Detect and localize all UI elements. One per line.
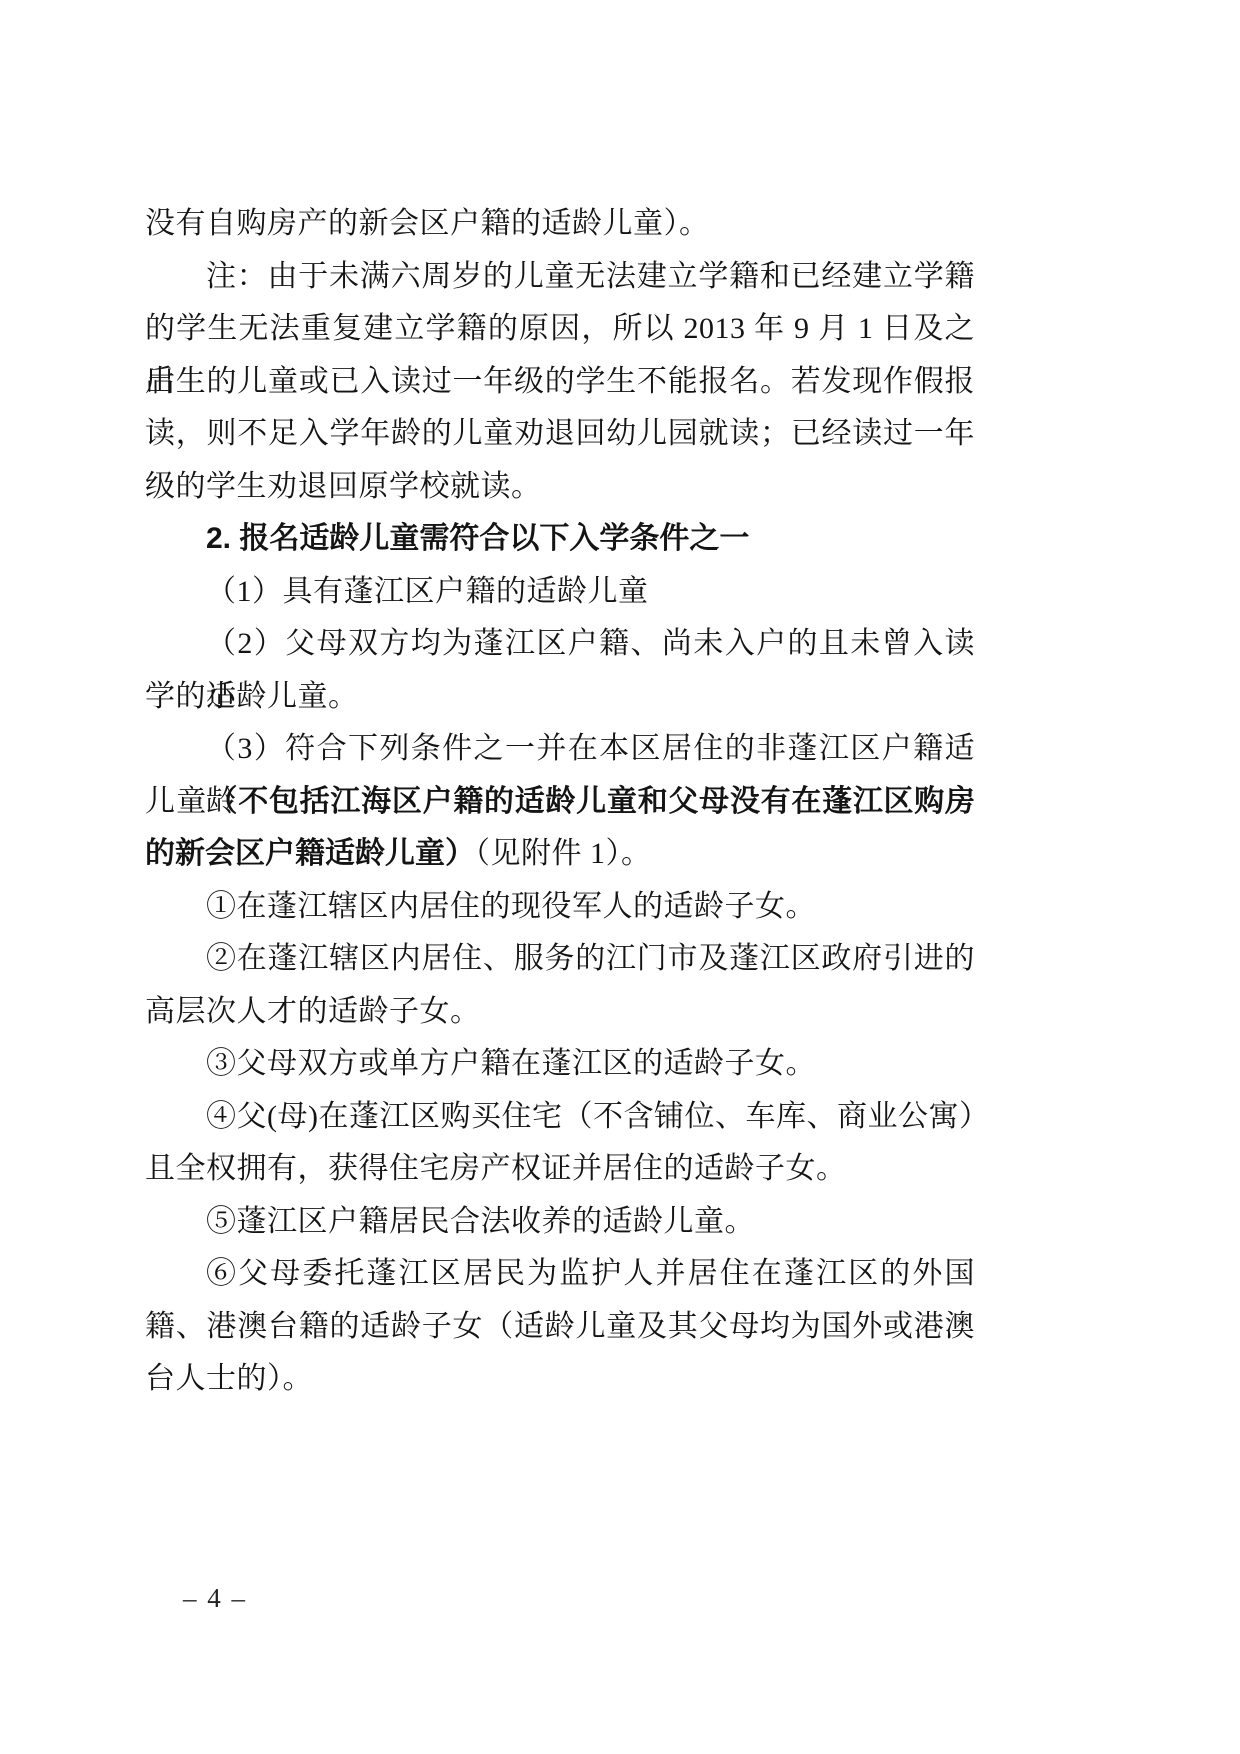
text-line: ③父母双方或单方户籍在蓬江区的适龄子女。 [145, 1038, 975, 1091]
document-body: 没有自购房产的新会区户籍的适龄儿童）。注：由于未满六周岁的儿童无法建立学籍和已经… [145, 198, 975, 1406]
text-segment: 没有自购房产的新会区户籍的适龄儿童）。 [145, 207, 710, 240]
text-segment: 籍、港澳台籍的适龄子女（适龄儿童及其父母均为国外或港澳 [145, 1310, 975, 1343]
text-segment: ⑤蓬江区户籍居民合法收养的适龄儿童。 [206, 1205, 755, 1238]
text-line: 高层次人才的适龄子女。 [145, 986, 975, 1039]
text-segment: 级的学生劝退回原学校就读。 [145, 470, 542, 503]
text-segment: ③父母双方或单方户籍在蓬江区的适龄子女。 [206, 1047, 816, 1080]
bold-text-segment: 2. 报名适龄儿童需符合以下入学条件之一 [206, 522, 749, 555]
text-segment: 台人士的）。 [145, 1362, 313, 1395]
text-segment: 且全权拥有，获得住宅房产权证并居住的适龄子女。 [145, 1152, 847, 1185]
text-line: 儿童（不包括江海区户籍的适龄儿童和父母没有在蓬江区购房 [145, 776, 975, 829]
text-line: 学的适龄儿童。 [145, 671, 975, 724]
text-line: 出生的儿童或已入读过一年级的学生不能报名。若发现作假报 [145, 356, 975, 409]
text-line: 且全权拥有，获得住宅房产权证并居住的适龄子女。 [145, 1143, 975, 1196]
text-segment: ④父(母)在蓬江区购买住宅（不含铺位、车库、商业公寓） [206, 1100, 989, 1133]
text-line: ②在蓬江辖区内居住、服务的江门市及蓬江区政府引进的 [145, 933, 975, 986]
text-line: 读，则不足入学年龄的儿童劝退回幼儿园就读；已经读过一年 [145, 408, 975, 461]
text-segment: ⑥父母委托蓬江区居民为监护人并居住在蓬江区的外国 [206, 1257, 975, 1290]
text-line: 2. 报名适龄儿童需符合以下入学条件之一 [145, 513, 975, 566]
text-segment: 读，则不足入学年龄的儿童劝退回幼儿园就读；已经读过一年 [145, 417, 975, 450]
text-line: （1）具有蓬江区户籍的适龄儿童 [145, 566, 975, 619]
text-segment: ②在蓬江辖区内居住、服务的江门市及蓬江区政府引进的 [206, 942, 975, 975]
text-segment: （1）具有蓬江区户籍的适龄儿童 [206, 575, 649, 608]
text-line: ①在蓬江辖区内居住的现役军人的适龄子女。 [145, 881, 975, 934]
bold-text-segment: （不包括江海区户籍的适龄儿童和父母没有在蓬江区购房 [207, 785, 975, 818]
text-segment: 学的适龄儿童。 [145, 680, 359, 713]
page-number: – 4 – [183, 1578, 247, 1618]
text-segment: 儿童 [145, 785, 207, 818]
text-line: ⑥父母委托蓬江区居民为监护人并居住在蓬江区的外国 [145, 1248, 975, 1301]
bold-text-segment: 的新会区户籍适龄儿童） [145, 837, 475, 870]
text-segment: 注：由于未满六周岁的儿童无法建立学籍和已经建立学籍 [206, 260, 975, 293]
text-segment: 出生的儿童或已入读过一年级的学生不能报名。若发现作假报 [145, 365, 975, 398]
text-line: 籍、港澳台籍的适龄子女（适龄儿童及其父母均为国外或港澳 [145, 1301, 975, 1354]
text-line: ⑤蓬江区户籍居民合法收养的适龄儿童。 [145, 1196, 975, 1249]
text-line: 的学生无法重复建立学籍的原因，所以 2013 年 9 月 1 日及之后 [145, 303, 975, 356]
text-line: 台人士的）。 [145, 1353, 975, 1406]
text-segment: ①在蓬江辖区内居住的现役军人的适龄子女。 [206, 890, 816, 923]
text-line: ④父(母)在蓬江区购买住宅（不含铺位、车库、商业公寓） [145, 1091, 975, 1144]
text-line: 没有自购房产的新会区户籍的适龄儿童）。 [145, 198, 975, 251]
text-line: 注：由于未满六周岁的儿童无法建立学籍和已经建立学籍 [145, 251, 975, 304]
text-segment: （见附件 1）。 [475, 837, 652, 870]
text-line: （2）父母双方均为蓬江区户籍、尚未入户的且未曾入读小 [145, 618, 975, 671]
text-line: 的新会区户籍适龄儿童）（见附件 1）。 [145, 828, 975, 881]
text-line: （3）符合下列条件之一并在本区居住的非蓬江区户籍适龄 [145, 723, 975, 776]
text-segment: 高层次人才的适龄子女。 [145, 995, 481, 1028]
text-line: 级的学生劝退回原学校就读。 [145, 461, 975, 514]
document-page: 没有自购房产的新会区户籍的适龄儿童）。注：由于未满六周岁的儿童无法建立学籍和已经… [0, 0, 1240, 1754]
